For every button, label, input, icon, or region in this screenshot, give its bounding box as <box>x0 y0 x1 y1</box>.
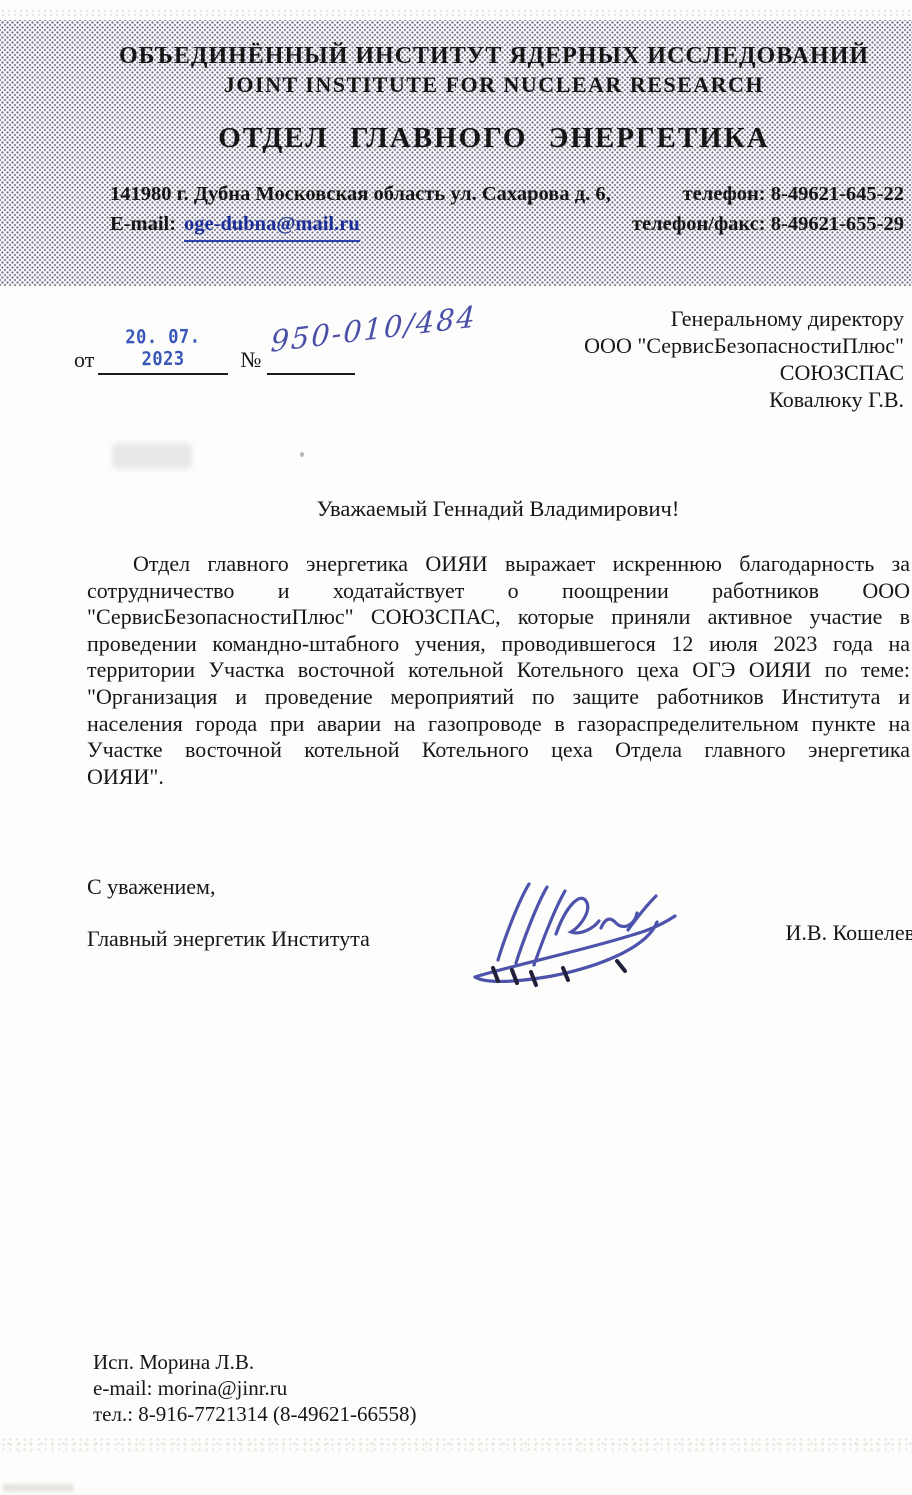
department-title: ОТДЕЛ ГЛАВНОГО ЭНЕРГЕТИКА <box>80 122 908 154</box>
body-line: территории Участка восточной котельной К… <box>87 657 910 684</box>
scan-corner-smudge <box>2 1484 74 1492</box>
scan-noise-strip-bottom <box>0 1437 912 1452</box>
body-line: сотрудничество и ходатайствует о поощрен… <box>87 578 910 605</box>
date-stamp: 20. 07. 2023 <box>105 325 222 373</box>
signer-name: И.В. Кошелев <box>786 920 912 946</box>
letterhead-contacts: 141980 г. Дубна Московская область ул. С… <box>110 179 904 242</box>
letterhead-address-row: 141980 г. Дубна Московская область ул. С… <box>110 179 904 209</box>
scan-dot <box>300 452 304 457</box>
letterhead-phone-fax: телефон/факс: 8-49621-655-29 <box>632 209 904 242</box>
executor-email: e-mail: morina@jinr.ru <box>93 1375 417 1401</box>
body-line: проведении командно-штабного учения, про… <box>87 631 910 658</box>
letterhead-address: 141980 г. Дубна Московская область ул. С… <box>110 179 611 209</box>
organization-name-en: JOINT INSTITUTE FOR NUCLEAR RESEARCH <box>80 72 908 98</box>
body-line: населения города при аварии на газопрово… <box>87 711 910 738</box>
organization-name-ru: ОБЪЕДИНЁННЫЙ ИНСТИТУТ ЯДЕРНЫХ ИССЛЕДОВАН… <box>80 42 908 70</box>
handwritten-number: 950-010/484 <box>270 299 478 359</box>
reference-line: от 20. 07. 2023 № 950-010/484 <box>74 326 355 375</box>
body-paragraph: Отдел главного энергетика ОИЯИ выражает … <box>87 551 910 790</box>
email-link[interactable]: oge-dubna@mail.ru <box>184 209 360 242</box>
body-line: "Организация и проведение мероприятий по… <box>87 684 910 711</box>
letter-page: ОБЪЕДИНЁННЫЙ ИНСТИТУТ ЯДЕРНЫХ ИССЛЕДОВАН… <box>0 0 912 1495</box>
executor-phone: тел.: 8-916-7721314 (8-49621-66558) <box>93 1401 417 1427</box>
handwritten-signature-icon <box>468 864 713 999</box>
letterhead-phone: телефон: 8-49621-645-22 <box>683 179 904 209</box>
number-label: № <box>240 347 261 375</box>
addressee-block: Генеральному директору ООО "СервисБезопа… <box>584 305 904 413</box>
body-line: Отдел главного энергетика ОИЯИ выражает … <box>87 551 910 578</box>
addressee-line: ООО "СервисБезопасностиПлюс" <box>584 332 904 359</box>
body-line: Участке восточной котельной Котельного ц… <box>87 737 910 764</box>
closing-regards: С уважением, <box>87 874 215 900</box>
executor-block: Исп. Морина Л.В. e-mail: morina@jinr.ru … <box>93 1349 417 1427</box>
executor-name: Исп. Морина Л.В. <box>93 1349 417 1375</box>
scan-noise-strip-top <box>0 9 912 18</box>
date-underline: 20. 07. 2023 <box>98 326 228 375</box>
letterhead-email-row: E-mail: oge-dubna@mail.ru телефон/факс: … <box>110 209 904 242</box>
addressee-line: Ковалюку Г.В. <box>584 386 904 413</box>
letterhead-band: ОБЪЕДИНЁННЫЙ ИНСТИТУТ ЯДЕРНЫХ ИССЛЕДОВАН… <box>0 20 912 286</box>
body-line: "СервисБезопасностиПлюс" СОЮЗСПАС, котор… <box>87 604 910 631</box>
email-label: E-mail: <box>110 209 176 242</box>
body-line: ОИЯИ". <box>87 764 910 791</box>
from-label: от <box>74 347 94 375</box>
signer-position: Главный энергетик Института <box>87 926 370 952</box>
addressee-line: Генеральному директору <box>584 305 904 332</box>
scan-smudge <box>112 443 192 469</box>
addressee-line: СОЮЗСПАС <box>584 359 904 386</box>
letterhead-email-wrap: E-mail: oge-dubna@mail.ru <box>110 209 360 242</box>
salutation: Уважаемый Геннадий Владимирович! <box>87 496 909 522</box>
letterhead-titles: ОБЪЕДИНЁННЫЙ ИНСТИТУТ ЯДЕРНЫХ ИССЛЕДОВАН… <box>0 20 912 154</box>
